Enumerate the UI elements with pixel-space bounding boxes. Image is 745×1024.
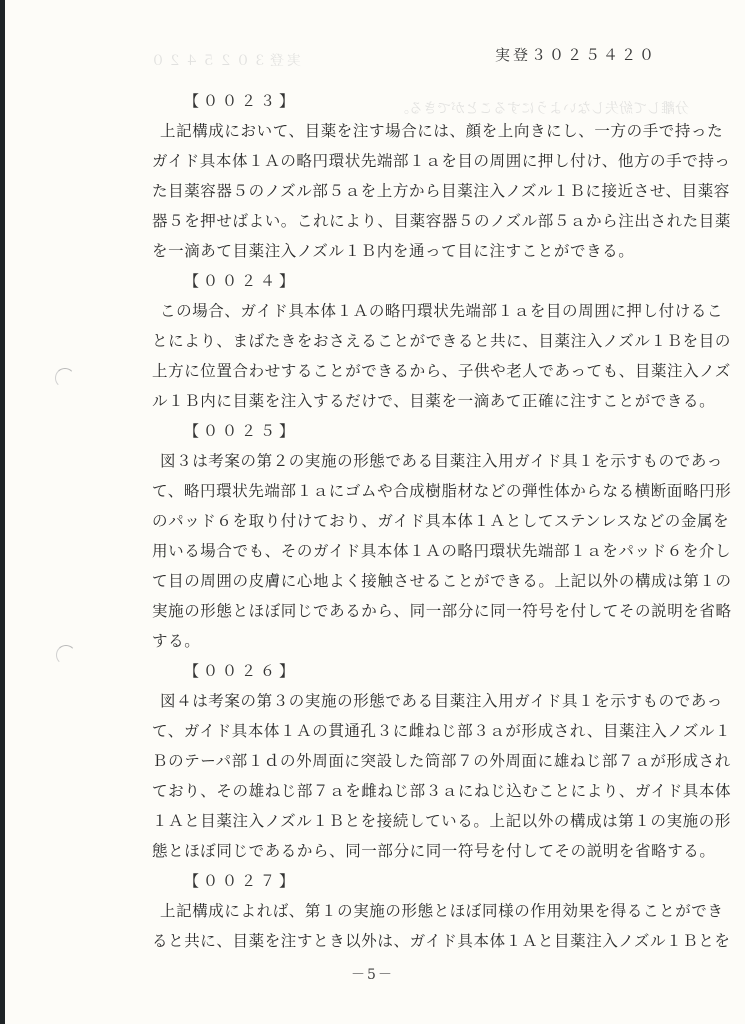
- text-line: 図３は考案の第２の実施の形態である目薬注入用ガイド具１を示すものであっ: [152, 446, 697, 476]
- bleed-through-number: 実登３０２５４２０: [148, 50, 301, 70]
- punch-hole-top: [55, 368, 75, 388]
- paragraph-number: 【００２６】: [152, 656, 697, 686]
- document-body: 【００２３】 上記構成において、目薬を注す場合には、顔を上向きにし、一方の手で持…: [152, 86, 697, 956]
- document-number: 実登３０２５４２０: [495, 44, 657, 65]
- text-line: た目薬容器５のノズル部５ａを上方から目薬注入ノズル１Ｂに接近させ、目薬容: [152, 176, 697, 206]
- text-line: する。: [152, 626, 697, 656]
- text-line: この場合、ガイド具本体１Ａの略円環状先端部１ａを目の周囲に押し付けるこ: [152, 296, 697, 326]
- paragraph-number: 【００２４】: [152, 266, 697, 296]
- paragraph-0025: 【００２５】 図３は考案の第２の実施の形態である目薬注入用ガイド具１を示すもので…: [152, 416, 697, 656]
- text-line: ル１Ｂ内に目薬を注入するだけで、目薬を一滴あて正確に注すことができる。: [152, 386, 697, 416]
- text-line: のパッド６を取り付けており、ガイド具本体１Ａとしてステンレスなどの金属を: [152, 506, 697, 536]
- paragraph-0023: 【００２３】 上記構成において、目薬を注す場合には、顔を上向きにし、一方の手で持…: [152, 86, 697, 266]
- page-number: －5－: [0, 964, 745, 984]
- paragraph-number: 【００２３】: [152, 86, 697, 116]
- text-line: 器５を押せばよい。これにより、目薬容器５のノズル部５ａから注出された目薬: [152, 206, 697, 236]
- text-line: て、ガイド具本体１Ａの貫通孔３に雌ねじ部３ａが形成され、目薬注入ノズル１: [152, 716, 697, 746]
- text-line: 上記構成において、目薬を注す場合には、顔を上向きにし、一方の手で持った: [152, 116, 697, 146]
- text-line: 実施の形態とほぼ同じであるから、同一部分に同一符号を付してその説明を省略: [152, 596, 697, 626]
- paragraph-0024: 【００２４】 この場合、ガイド具本体１Ａの略円環状先端部１ａを目の周囲に押し付け…: [152, 266, 697, 416]
- text-line: １Ａと目薬注入ノズル１Ｂとを接続している。上記以外の構成は第１の実施の形: [152, 806, 697, 836]
- text-line: を一滴あて目薬注入ノズル１Ｂ内を通って目に注すことができる。: [152, 236, 697, 266]
- text-line: 用いる場合でも、そのガイド具本体１Ａの略円環状先端部１ａをパッド６を介し: [152, 536, 697, 566]
- text-line: 態とほぼ同じであるから、同一部分に同一符号を付してその説明を省略する。: [152, 836, 697, 866]
- text-line: て、略円環状先端部１ａにゴムや合成樹脂材などの弾性体からなる横断面略円形: [152, 476, 697, 506]
- scan-edge: [0, 0, 5, 1024]
- text-line: ガイド具本体１Ａの略円環状先端部１ａを目の周囲に押し付け、他方の手で持っ: [152, 146, 697, 176]
- text-line: 上記構成によれば、第１の実施の形態とほぼ同様の作用効果を得ることができ: [152, 896, 697, 926]
- text-line: て目の周囲の皮膚に心地よく接触させることができる。上記以外の構成は第１の: [152, 566, 697, 596]
- text-line: 上方に位置合わせすることができるから、子供や老人であっても、目薬注入ノズ: [152, 356, 697, 386]
- punch-hole-bottom: [56, 645, 76, 665]
- text-line: ると共に、目薬を注すとき以外は、ガイド具本体１Ａと目薬注入ノズル１Ｂとを: [152, 926, 697, 956]
- text-line: ており、その雄ねじ部７ａを雌ねじ部３ａにねじ込むことにより、ガイド具本体: [152, 776, 697, 806]
- paragraph-0027: 【００２７】 上記構成によれば、第１の実施の形態とほぼ同様の作用効果を得ることが…: [152, 866, 697, 956]
- paragraph-number: 【００２７】: [152, 866, 697, 896]
- text-line: 図４は考案の第３の実施の形態である目薬注入用ガイド具１を示すものであっ: [152, 686, 697, 716]
- text-line: とにより、まばたきをおさえることができると共に、目薬注入ノズル１Ｂを目の: [152, 326, 697, 356]
- text-line: Ｂのテーパ部１ｄの外周面に突設した筒部７の外周面に雄ねじ部７ａが形成され: [152, 746, 697, 776]
- paragraph-number: 【００２５】: [152, 416, 697, 446]
- paragraph-0026: 【００２６】 図４は考案の第３の実施の形態である目薬注入用ガイド具１を示すもので…: [152, 656, 697, 866]
